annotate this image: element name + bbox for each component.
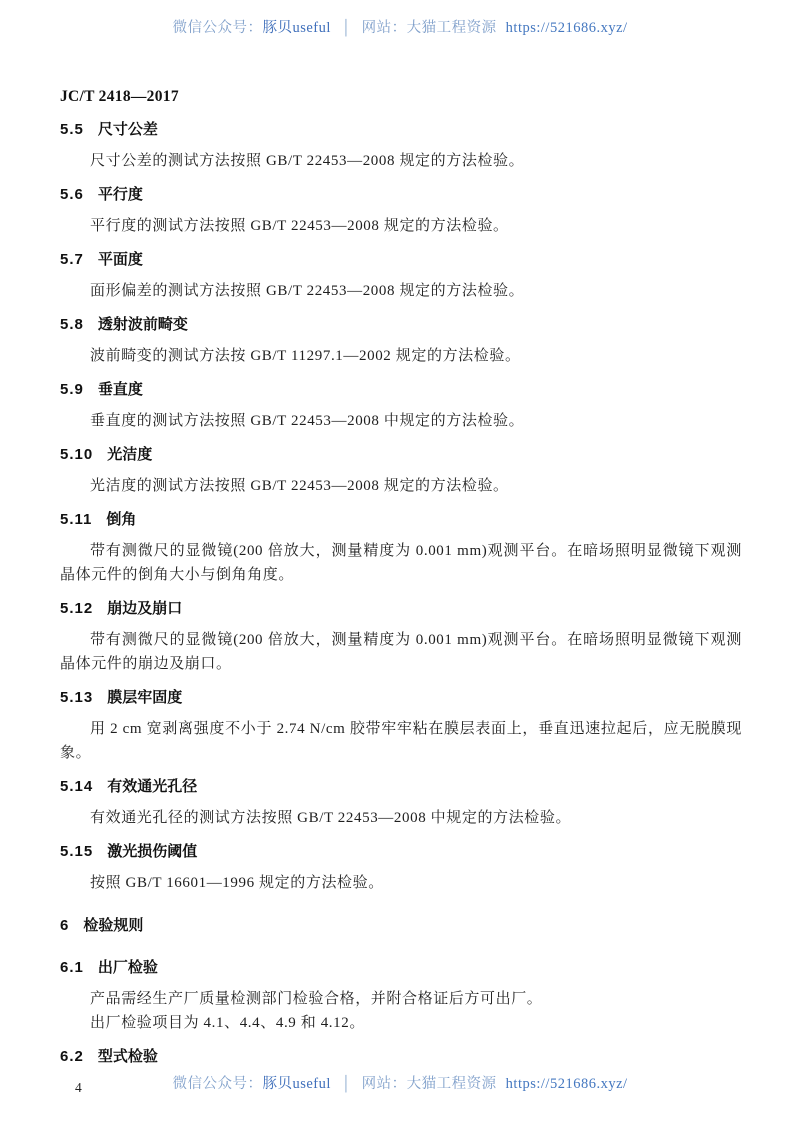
section-title: 光洁度	[107, 446, 152, 463]
section-5-9-heading: 5.9垂直度	[60, 379, 742, 401]
section-title: 崩边及崩口	[107, 600, 182, 617]
chapter-title: 检验规则	[83, 917, 143, 934]
site-label: 网站：	[362, 1076, 407, 1092]
section-5-11-heading: 5.11倒角	[60, 509, 742, 531]
document-page: 微信公众号：豚贝useful│网站：大猫工程资源https://521686.x…	[0, 0, 800, 1123]
section-5-6-paragraph: 平行度的测试方法按照 GB/T 22453—2008 规定的方法检验。	[60, 214, 742, 238]
watermark-separator: │	[341, 20, 352, 36]
section-number: 5.13	[60, 689, 93, 706]
section-5-10-heading: 5.10光洁度	[60, 444, 742, 466]
section-5-14-paragraph: 有效通光孔径的测试方法按照 GB/T 22453—2008 中规定的方法检验。	[60, 806, 742, 830]
section-title: 有效通光孔径	[107, 778, 197, 795]
footer-watermark: 微信公众号：豚贝useful│网站：大猫工程资源https://521686.x…	[0, 1072, 800, 1093]
section-6-1-paragraph-1: 产品需经生产厂质量检测部门检验合格，并附合格证后方可出厂。	[60, 987, 742, 1011]
site-url: https://521686.xyz/	[506, 20, 628, 36]
wechat-account-label: 微信公众号：	[172, 20, 262, 36]
section-5-7-heading: 5.7平面度	[60, 249, 742, 271]
section-5-15-heading: 5.15激光损伤阈值	[60, 841, 742, 863]
section-5-12-heading: 5.12崩边及崩口	[60, 598, 742, 620]
section-5-14-heading: 5.14有效通光孔径	[60, 776, 742, 798]
section-6-2-heading: 6.2型式检验	[60, 1046, 742, 1068]
section-5-13-paragraph: 用 2 cm 宽剥离强度不小于 2.74 N/cm 胶带牢牢粘在膜层表面上，垂直…	[60, 717, 742, 765]
section-title: 透射波前畸变	[98, 316, 188, 333]
section-5-5-heading: 5.5尺寸公差	[60, 119, 742, 141]
section-6-1-paragraph-2: 出厂检验项目为 4.1、4.4、4.9 和 4.12。	[60, 1011, 742, 1035]
document-content: JC/T 2418—2017 5.5尺寸公差 尺寸公差的测试方法按照 GB/T …	[60, 86, 742, 1098]
section-title: 垂直度	[98, 381, 143, 398]
section-5-6-heading: 5.6平行度	[60, 184, 742, 206]
section-6-1-heading: 6.1出厂检验	[60, 957, 742, 979]
section-title: 膜层牢固度	[107, 689, 182, 706]
section-number: 5.9	[60, 381, 84, 398]
section-number: 6.1	[60, 959, 84, 976]
section-title: 平行度	[98, 186, 143, 203]
site-url: https://521686.xyz/	[506, 1076, 628, 1092]
section-5-11-paragraph: 带有测微尺的显微镜(200 倍放大，测量精度为 0.001 mm)观测平台。在暗…	[60, 539, 742, 587]
chapter-6-heading: 6检验规则	[60, 915, 742, 937]
section-5-8-heading: 5.8透射波前畸变	[60, 314, 742, 336]
section-5-13-heading: 5.13膜层牢固度	[60, 687, 742, 709]
section-number: 5.10	[60, 446, 93, 463]
watermark-separator: │	[341, 1076, 352, 1092]
section-number: 5.5	[60, 121, 84, 138]
section-number: 5.11	[60, 511, 92, 528]
chapter-number: 6	[60, 917, 69, 934]
site-label: 网站：	[362, 20, 407, 36]
wechat-account-name: 豚贝useful	[262, 1076, 330, 1092]
section-5-15-paragraph: 按照 GB/T 16601—1996 规定的方法检验。	[60, 871, 742, 895]
section-5-5-paragraph: 尺寸公差的测试方法按照 GB/T 22453—2008 规定的方法检验。	[60, 149, 742, 173]
section-number: 5.15	[60, 843, 93, 860]
section-title: 倒角	[106, 511, 136, 528]
section-5-10-paragraph: 光洁度的测试方法按照 GB/T 22453—2008 规定的方法检验。	[60, 474, 742, 498]
wechat-account-name: 豚贝useful	[262, 20, 330, 36]
section-number: 5.6	[60, 186, 84, 203]
site-name: 大猫工程资源	[407, 20, 497, 36]
header-watermark: 微信公众号：豚贝useful│网站：大猫工程资源https://521686.x…	[0, 16, 800, 37]
section-title: 型式检验	[98, 1048, 158, 1065]
section-number: 5.7	[60, 251, 84, 268]
site-name: 大猫工程资源	[407, 1076, 497, 1092]
section-title: 激光损伤阈值	[107, 843, 197, 860]
section-title: 平面度	[98, 251, 143, 268]
section-5-12-paragraph: 带有测微尺的显微镜(200 倍放大，测量精度为 0.001 mm)观测平台。在暗…	[60, 628, 742, 676]
section-5-9-paragraph: 垂直度的测试方法按照 GB/T 22453—2008 中规定的方法检验。	[60, 409, 742, 433]
section-number: 5.14	[60, 778, 93, 795]
section-number: 5.8	[60, 316, 84, 333]
wechat-account-label: 微信公众号：	[172, 1076, 262, 1092]
section-title: 尺寸公差	[98, 121, 158, 138]
section-5-7-paragraph: 面形偏差的测试方法按照 GB/T 22453—2008 规定的方法检验。	[60, 279, 742, 303]
section-title: 出厂检验	[98, 959, 158, 976]
section-number: 5.12	[60, 600, 93, 617]
standard-code: JC/T 2418—2017	[60, 86, 742, 108]
section-5-8-paragraph: 波前畸变的测试方法按 GB/T 11297.1—2002 规定的方法检验。	[60, 344, 742, 368]
section-number: 6.2	[60, 1048, 84, 1065]
